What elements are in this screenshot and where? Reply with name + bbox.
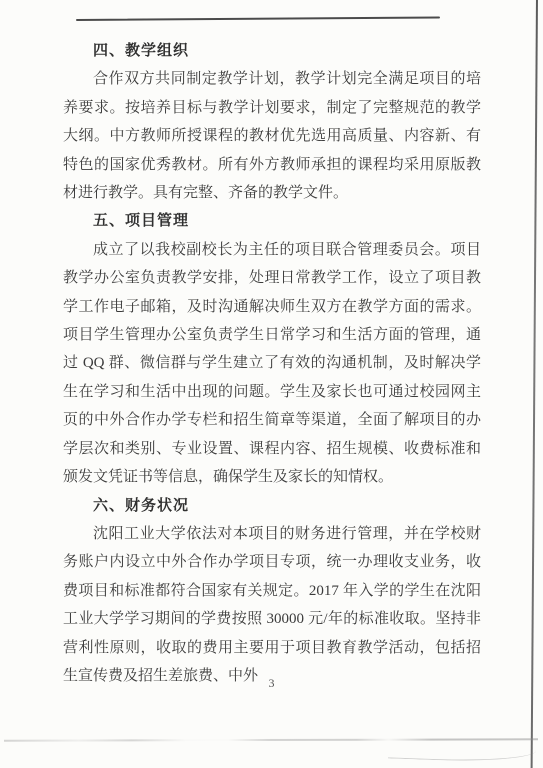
document-body: 四、教学组织 合作双方共同制定教学计划，教学计划完全满足项目的培养要求。按培养目…: [63, 37, 481, 690]
scan-right-edge-line: [531, 0, 538, 768]
section-paragraph: 合作双方共同制定教学计划，教学计划完全满足项目的培养要求。按培养目标与教学计划要…: [63, 65, 481, 207]
section-financial-status: 六、财务状况 沈阳工业大学依法对本项目的财务进行管理，并在学校财务账户内设立中外…: [63, 492, 481, 691]
section-heading: 五、项目管理: [63, 207, 481, 235]
page-number: 3: [0, 676, 543, 691]
section-paragraph: 沈阳工业大学依法对本项目的财务进行管理，并在学校财务账户内设立中外合作办学项目专…: [63, 520, 481, 690]
section-paragraph: 成立了以我校副校长为主任的项目联合管理委员会。项目教学办公室负责教学安排，处理日…: [63, 236, 481, 492]
scan-top-edge-line: [76, 16, 440, 21]
scan-bottom-right-curve: [388, 745, 536, 763]
scanned-document-page: 四、教学组织 合作双方共同制定教学计划，教学计划完全满足项目的培养要求。按培养目…: [0, 0, 543, 768]
section-project-management: 五、项目管理 成立了以我校副校长为主任的项目联合管理委员会。项目教学办公室负责教…: [63, 207, 481, 491]
scan-bottom-edge-line: [4, 738, 538, 741]
section-heading: 四、教学组织: [63, 37, 481, 65]
section-teaching-organization: 四、教学组织 合作双方共同制定教学计划，教学计划完全满足项目的培养要求。按培养目…: [63, 37, 481, 207]
section-heading: 六、财务状况: [63, 492, 481, 520]
